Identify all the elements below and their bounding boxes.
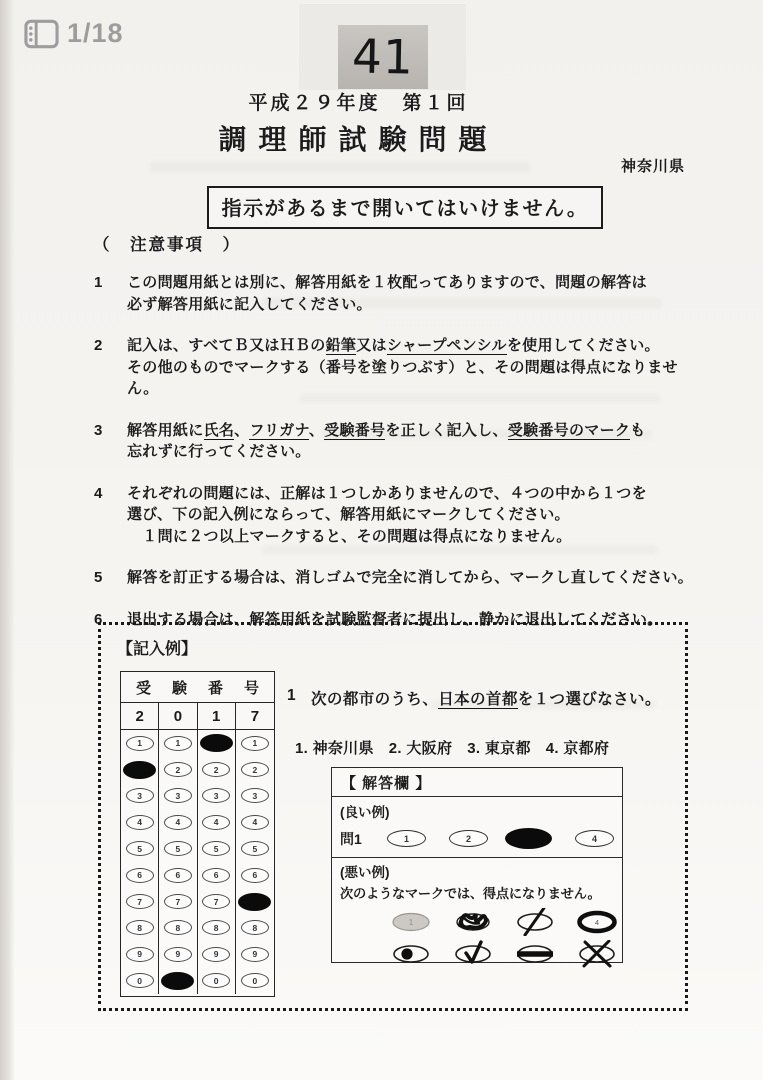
note-item-3: 3解答用紙に氏名、フリガナ、受験番号を正しく記入し、受験番号のマークも忘れずに行…	[93, 420, 705, 463]
answer-column-box: 【 解答欄 】 (良い例) 問1 124 (悪い例) 次のようなマークでは、得点…	[331, 767, 623, 963]
note-text: 記入は、すべてＢ又はＨＢの鉛筆又はシャープペンシルを使用してください。その他のも…	[127, 335, 705, 400]
cross-out-mark-icon	[573, 940, 621, 968]
note-line: 記入は、すべてＢ又はＨＢの鉛筆又はシャープペンシルを使用してください。	[127, 335, 705, 357]
bubble-mark: 8	[241, 920, 269, 935]
underlined-text: 鉛筆	[326, 337, 357, 355]
note-line: 必ず解答用紙に記入してください。	[127, 294, 705, 316]
text-segment: この問題用紙とは別に、解答用紙を１枚配ってありますので、問題の解答は	[127, 274, 647, 291]
bubble-cell: 6	[236, 862, 274, 888]
bubble-mark: 3	[241, 788, 269, 803]
underlined-text: フリガナ	[249, 422, 308, 440]
bubble-cell: 2	[198, 756, 236, 782]
bubble-mark: 1	[164, 736, 192, 751]
bubble-mark: 6	[164, 868, 192, 883]
filled-answer-bubble	[505, 828, 552, 849]
scribble-mark-icon	[449, 908, 497, 936]
slash-mark-icon	[511, 908, 559, 936]
scanned-exam-cover-page: 1/18 41 平成２９年度 第１回 調理師試験問題 神奈川県 指示があるまで開…	[0, 0, 763, 1080]
entry-example-box: 【記入例】 受験番号 2017 111222333344445555666677…	[98, 622, 688, 1011]
filled-bubble-mark	[123, 761, 156, 779]
exam-number-header-char: 号	[244, 677, 259, 698]
bubble-cell: 9	[198, 941, 236, 967]
bubble-mark: 1	[126, 736, 154, 751]
bubble-cell: 4	[121, 809, 159, 835]
note-line: この問題用紙とは別に、解答用紙を１枚配ってありますので、問題の解答は	[127, 272, 705, 294]
bubble-cell: 2	[159, 756, 197, 782]
bubble-mark: 0	[202, 973, 230, 988]
text-segment: も	[630, 422, 645, 439]
note-line: 忘れずに行ってください。	[127, 441, 705, 463]
text-segment: を１つ選びなさい。	[518, 691, 661, 708]
bubble-mark: 8	[202, 920, 230, 935]
bubble-mark: 9	[202, 947, 230, 962]
notes-section: （ 注意事項 ） 1この問題用紙とは別に、解答用紙を１枚配ってありますので、問題…	[93, 231, 705, 650]
good-example-bubbles: 124	[369, 828, 614, 849]
bubble-mark: 5	[241, 841, 269, 856]
note-number: 1	[93, 272, 127, 315]
exam-number-digit: 0	[159, 703, 197, 730]
cross-out-mark	[566, 939, 628, 968]
note-item-4: 4それぞれの問題には、正解は１つしかありませんので、４つの中から１つを選び、下の…	[93, 483, 705, 548]
bleed-through-artifact	[150, 162, 530, 172]
bubble-mark: 6	[126, 868, 154, 883]
bubble-cell: 9	[236, 941, 274, 967]
note-line: 解答を訂正する場合は、消しゴムで完全に消してから、マークし直してください。	[127, 567, 705, 589]
underlined-text: 受験番号のマーク	[508, 422, 630, 440]
outlined-circle-mark-icon: 4	[573, 908, 621, 936]
note-text: 解答を訂正する場合は、消しゴムで完全に消してから、マークし直してください。	[127, 567, 705, 589]
exam-number-header-char: 験	[172, 677, 187, 698]
slash-mark	[504, 907, 566, 936]
bubble-mark: 6	[202, 868, 230, 883]
entry-example-label: 【記入例】	[117, 636, 197, 659]
exam-number-mark-table: 受験番号 2017 111222333344445555666677788889…	[120, 671, 275, 997]
bubble-cell: 8	[121, 915, 159, 941]
bubble-cell: 7	[121, 888, 159, 914]
svg-text:4: 4	[595, 918, 599, 927]
text-segment: 忘れずに行ってください。	[127, 443, 311, 460]
note-number: 3	[93, 420, 127, 463]
exam-number-digit: 2	[121, 703, 159, 730]
sample-question-text: 次の都市のうち、日本の首都を１つ選びなさい。	[311, 687, 661, 709]
text-segment: を使用してください。	[507, 337, 660, 354]
text-segment: その他のものでマークする（番号を塗りつぶす）と、その問題は得点になりません。	[127, 359, 678, 398]
horizontal-bar-mark-icon	[511, 940, 559, 968]
text-segment: １問に２つ以上マークすると、その問題は得点になりません。	[127, 528, 572, 545]
exam-number-header-char: 受	[136, 677, 151, 698]
check-mark-icon	[449, 940, 497, 968]
bubble-mark: 5	[202, 841, 230, 856]
page-title: 調理師試験問題	[0, 118, 740, 158]
bubble-mark: 2	[164, 762, 192, 777]
note-item-5: 5解答を訂正する場合は、消しゴムで完全に消してから、マークし直してください。	[93, 567, 705, 589]
too-light-mark-icon: 1	[387, 908, 435, 936]
choice-option: 3. 東京都	[467, 737, 530, 758]
bubble-mark: 4	[241, 815, 269, 830]
bubble-mark: 4	[126, 815, 154, 830]
document-header: 平成２９年度 第１回 調理師試験問題	[0, 0, 740, 158]
text-segment: 選び、下の記入例にならって、解答用紙にマークしてください。	[127, 506, 570, 523]
check-mark	[442, 939, 504, 968]
choice-option: 1. 神奈川県	[295, 737, 374, 758]
bubble-mark: 8	[164, 920, 192, 935]
sample-question-number: 1	[287, 687, 296, 709]
filled-bubble-mark	[161, 972, 194, 990]
answer-column-header: 【 解答欄 】	[332, 768, 622, 797]
note-item-2: 2記入は、すべてＢ又はＨＢの鉛筆又はシャープペンシルを使用してください。その他の…	[93, 335, 705, 400]
bubble-mark: 0	[126, 973, 154, 988]
svg-text:1: 1	[409, 918, 414, 927]
note-text: それぞれの問題には、正解は１つしかありませんので、４つの中から１つを選び、下の記…	[127, 483, 705, 548]
outlined-circle-mark: 4	[566, 907, 628, 936]
bubble-cell	[121, 756, 159, 782]
bubble-cell: 5	[159, 836, 197, 862]
choice-option: 4. 京都府	[546, 737, 609, 758]
note-number: 2	[93, 335, 127, 400]
bubble-cell: 7	[198, 888, 236, 914]
prefecture-label: 神奈川県	[621, 155, 685, 176]
note-number: 4	[93, 483, 127, 548]
bubble-mark: 9	[126, 947, 154, 962]
too-light-mark: 1	[380, 907, 442, 936]
bad-marks-grid: 14	[380, 907, 614, 968]
bubble-cell: 3	[121, 783, 159, 809]
bubble-cell: 0	[236, 968, 274, 994]
bad-example-section: (悪い例) 次のようなマークでは、得点になりません。 14	[332, 857, 622, 968]
underlined-text: 日本の首都	[438, 691, 518, 709]
bubble-cell	[236, 888, 274, 914]
scan-edge-shadow	[0, 0, 15, 1080]
bubble-mark: 0	[241, 973, 269, 988]
note-line: 解答用紙に氏名、フリガナ、受験番号を正しく記入し、受験番号のマークも	[127, 420, 705, 442]
bubble-cell: 5	[198, 836, 236, 862]
bubble-mark: 7	[126, 894, 154, 909]
underlined-text: シャープペンシル	[387, 337, 507, 355]
text-segment: それぞれの問題には、正解は１つしかありませんので、４つの中から１つを	[127, 485, 647, 502]
bubble-mark: 7	[202, 894, 230, 909]
good-example-row: 問1 124	[332, 821, 622, 857]
bubble-mark: 3	[126, 788, 154, 803]
bubble-cell: 3	[198, 783, 236, 809]
answer-bubble: 1	[387, 830, 426, 847]
bubble-cell: 6	[121, 862, 159, 888]
good-example-label: (良い例)	[332, 797, 622, 821]
note-line: １問に２つ以上マークすると、その問題は得点になりません。	[127, 526, 705, 548]
scribble-mark	[442, 907, 504, 936]
bubble-cell: 9	[159, 941, 197, 967]
bubble-mark: 8	[126, 920, 154, 935]
bubble-cell: 3	[159, 783, 197, 809]
bubble-mark: 2	[202, 762, 230, 777]
bubble-mark: 6	[241, 868, 269, 883]
bubble-cell: 1	[121, 730, 159, 756]
bubble-cell: 8	[159, 915, 197, 941]
note-line: それぞれの問題には、正解は１つしかありませんので、４つの中から１つを	[127, 483, 705, 505]
note-line: その他のものでマークする（番号を塗りつぶす）と、その問題は得点になりません。	[127, 357, 705, 400]
bubble-cell: 6	[159, 862, 197, 888]
note-line: 選び、下の記入例にならって、解答用紙にマークしてください。	[127, 504, 705, 526]
exam-number-header: 受験番号	[121, 672, 274, 703]
question-1-label: 問1	[340, 829, 369, 849]
underlined-text: 受験番号	[324, 422, 385, 440]
note-item-1: 1この問題用紙とは別に、解答用紙を１枚配ってありますので、問題の解答は必ず解答用…	[93, 272, 705, 315]
exam-number-digits-row: 2017	[121, 703, 274, 730]
choice-option: 2. 大阪府	[389, 737, 452, 758]
bubble-mark: 3	[164, 788, 192, 803]
bubble-cell	[159, 968, 197, 994]
exam-year-round: 平成２９年度 第１回	[0, 88, 740, 115]
text-segment: 記入は、すべてＢ又はＨＢの	[127, 337, 326, 354]
bubble-cell: 9	[121, 941, 159, 967]
bubble-mark: 9	[241, 947, 269, 962]
exam-number-digit: 1	[198, 703, 236, 730]
bubble-cell: 4	[198, 809, 236, 835]
text-segment: 必ず解答用紙に記入してください。	[127, 296, 372, 313]
bubble-mark: 3	[202, 788, 230, 803]
note-text: この問題用紙とは別に、解答用紙を１枚配ってありますので、問題の解答は必ず解答用紙…	[127, 272, 705, 315]
bubble-cell: 5	[121, 836, 159, 862]
notes-heading: （ 注意事項 ）	[93, 231, 705, 255]
warning-box: 指示があるまで開いてはいけません。	[207, 186, 603, 229]
exam-number-bubble-grid: 111222333344445555666677788889999000	[121, 730, 274, 994]
bubble-cell: 4	[159, 809, 197, 835]
center-dot-mark-icon	[387, 940, 435, 968]
bad-example-label: (悪い例)	[340, 861, 614, 881]
text-segment: 解答を訂正する場合は、消しゴムで完全に消してから、マークし直してください。	[127, 569, 693, 586]
bubble-cell: 6	[198, 862, 236, 888]
center-dot-mark	[380, 939, 442, 968]
bubble-mark: 7	[164, 894, 192, 909]
bubble-cell: 1	[159, 730, 197, 756]
bubble-mark: 5	[164, 841, 192, 856]
text-segment: 、	[234, 422, 249, 439]
bubble-mark: 5	[126, 841, 154, 856]
filled-bubble-mark	[238, 893, 271, 911]
bubble-cell: 7	[159, 888, 197, 914]
bubble-cell: 2	[236, 756, 274, 782]
bubble-cell: 4	[236, 809, 274, 835]
bubble-mark: 9	[164, 947, 192, 962]
bad-example-note: 次のようなマークでは、得点になりません。	[340, 883, 614, 902]
answer-bubble: 2	[449, 830, 488, 847]
filled-bubble-mark	[200, 734, 233, 752]
bubble-mark: 4	[164, 815, 192, 830]
note-number: 5	[93, 567, 127, 589]
text-segment: 、	[309, 422, 324, 439]
text-segment: を正しく記入し、	[385, 422, 507, 439]
bubble-cell	[198, 730, 236, 756]
bubble-cell: 1	[236, 730, 274, 756]
bubble-mark: 2	[241, 762, 269, 777]
bubble-cell: 0	[121, 968, 159, 994]
exam-number-digit: 7	[236, 703, 274, 730]
text-segment: 又は	[356, 337, 387, 354]
note-text: 解答用紙に氏名、フリガナ、受験番号を正しく記入し、受験番号のマークも忘れずに行っ…	[127, 420, 705, 463]
notes-list: 1この問題用紙とは別に、解答用紙を１枚配ってありますので、問題の解答は必ず解答用…	[93, 272, 705, 630]
bubble-cell: 8	[236, 915, 274, 941]
bubble-cell: 3	[236, 783, 274, 809]
bubble-cell: 8	[198, 915, 236, 941]
bubble-cell: 5	[236, 836, 274, 862]
bubble-mark: 4	[202, 815, 230, 830]
text-segment: 次の都市のうち、	[311, 691, 438, 708]
text-segment: 解答用紙に	[127, 422, 204, 439]
bubble-mark: 1	[241, 736, 269, 751]
sample-question-choices: 1. 神奈川県2. 大阪府3. 東京都4. 京都府	[295, 737, 609, 758]
bubble-cell: 0	[198, 968, 236, 994]
underlined-text: 氏名	[204, 422, 235, 440]
horizontal-bar-mark	[504, 939, 566, 968]
sample-question: 1 次の都市のうち、日本の首都を１つ選びなさい。	[287, 687, 661, 709]
answer-bubble: 4	[575, 830, 614, 847]
exam-number-header-char: 番	[208, 677, 223, 698]
